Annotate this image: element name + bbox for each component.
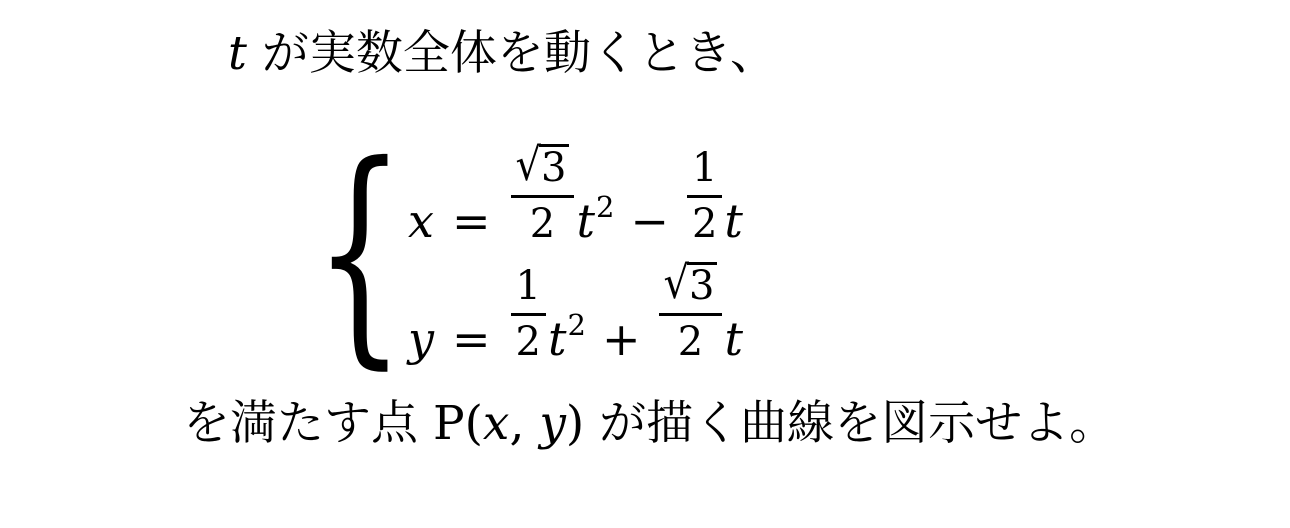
- variable-t: t: [724, 312, 743, 366]
- problem-intro-line: t が実数全体を動くとき、: [228, 26, 777, 82]
- fraction-denominator: 2: [511, 313, 546, 366]
- fraction-denominator: 2: [687, 195, 722, 248]
- question-text-pre: を満たす点: [183, 396, 433, 451]
- minus-sign: −: [630, 194, 669, 248]
- problem-question-line: を満たす点 P(x, y) が描く曲線を図示せよ。: [183, 396, 1116, 452]
- equals-sign: =: [452, 194, 491, 248]
- equation-y: y=12t2+√32t: [408, 260, 743, 364]
- exponent-2: 2: [568, 308, 586, 342]
- fraction-1-over-2: 12: [511, 263, 546, 366]
- fraction-numerator: √3: [511, 142, 575, 195]
- variable-t: t: [576, 194, 595, 248]
- square-root: √3: [664, 263, 718, 309]
- fraction-numerator: 1: [511, 263, 546, 313]
- exponent-2: 2: [596, 190, 614, 224]
- variable-y: y: [539, 396, 566, 451]
- system-brace-container: {: [338, 134, 382, 372]
- fraction-denominator: 2: [511, 195, 575, 248]
- math-problem-document: t が実数全体を動くとき、 { x=√32t2−12t y=12t2+√32t …: [0, 0, 1290, 528]
- fraction-1-over-2: 12: [687, 145, 722, 248]
- point-label-P: P: [433, 396, 465, 451]
- equation-x: x=√32t2−12t: [408, 142, 743, 246]
- left-brace: {: [314, 135, 406, 371]
- radical-sign: √: [516, 142, 542, 190]
- eq-x-lhs: x: [408, 194, 434, 248]
- variable-t: t: [548, 312, 567, 366]
- open-paren: (: [465, 396, 483, 451]
- equation-system: { x=√32t2−12t y=12t2+√32t: [338, 134, 743, 372]
- fraction-numerator: √3: [659, 260, 723, 313]
- intro-text: が実数全体を動くとき、: [247, 26, 777, 81]
- radicand: 3: [687, 262, 717, 307]
- t-squared: t2: [576, 194, 614, 248]
- fraction-sqrt3-over-2: √32: [659, 260, 723, 366]
- fraction-denominator: 2: [659, 313, 723, 366]
- equals-sign: =: [452, 312, 491, 366]
- square-root: √3: [516, 145, 570, 191]
- variable-t: t: [724, 194, 743, 248]
- close-paren: ): [566, 396, 584, 451]
- variable-t: t: [228, 26, 247, 81]
- comma: ,: [509, 396, 539, 451]
- t-squared: t2: [548, 312, 586, 366]
- fraction-sqrt3-over-2: √32: [511, 142, 575, 248]
- equations-column: x=√32t2−12t y=12t2+√32t: [408, 142, 743, 364]
- variable-x: x: [483, 396, 510, 451]
- question-text-post: が描く曲線を図示せよ。: [584, 396, 1116, 451]
- eq-y-lhs: y: [408, 312, 434, 366]
- radicand: 3: [539, 144, 569, 189]
- radical-sign: √: [664, 260, 690, 308]
- fraction-numerator: 1: [687, 145, 722, 195]
- plus-sign: +: [602, 312, 641, 366]
